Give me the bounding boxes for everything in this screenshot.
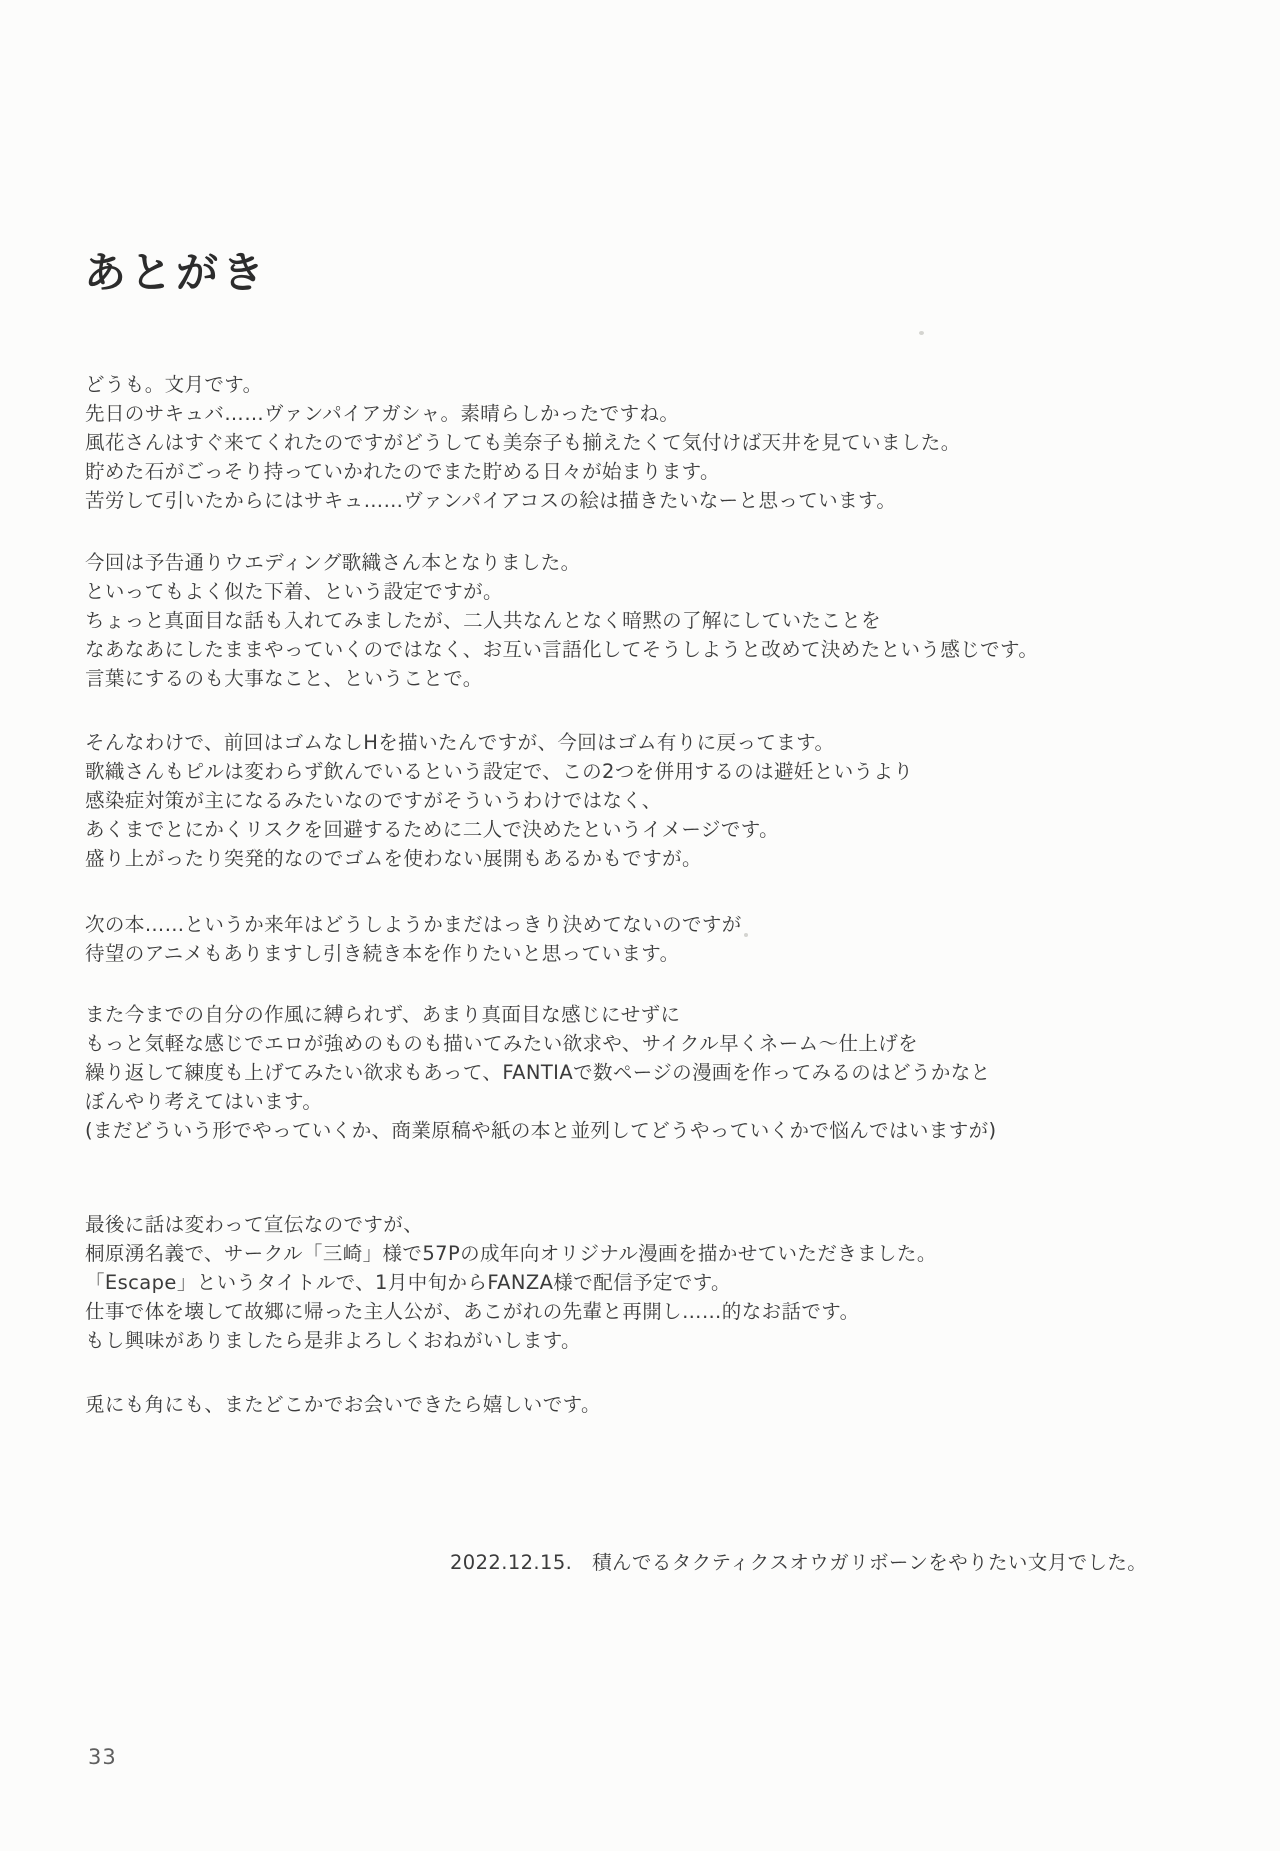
afterword-page: あとがき どうも。文月です。先日のサキュバ……ヴァンパイアガシャ。素晴らしかった… [0,0,1280,1851]
text-line: 次の本……というか来年はどうしようかまだはっきり決めてないのですが [85,910,1250,939]
paragraph-1: どうも。文月です。先日のサキュバ……ヴァンパイアガシャ。素晴らしかったですね。風… [85,370,1250,515]
text-line: 言葉にするのも大事なこと、ということで。 [85,664,1250,693]
paragraph-5: また今までの自分の作風に縛られず、あまり真面目な感じにせずにもっと気軽な感じでエ… [85,1000,1250,1145]
scan-speck [744,933,748,937]
signature-line: 2022.12.15. 積んでるタクティクスオウガリボーンをやりたい文月でした。 [450,1548,1147,1577]
text-line: 繰り返して練度も上げてみたい欲求もあって、FANTIAで数ページの漫画を作ってみ… [85,1058,1250,1087]
text-line: 桐原湧名義で、サークル「三崎」様で57Pの成年向オリジナル漫画を描かせていただき… [85,1239,1250,1268]
text-line: もし興味がありましたら是非よろしくおねがいします。 [85,1326,1250,1355]
text-line: 盛り上がったり突発的なのでゴムを使わない展開もあるかもですが。 [85,844,1250,873]
text-line: どうも。文月です。 [85,370,1250,399]
text-line: また今までの自分の作風に縛られず、あまり真面目な感じにせずに [85,1000,1250,1029]
text-line: もっと気軽な感じでエロが強めのものも描いてみたい欲求や、サイクル早くネーム～仕上… [85,1029,1250,1058]
text-line: といってもよく似た下着、という設定ですが。 [85,577,1250,606]
text-line: 今回は予告通りウエディング歌織さん本となりました。 [85,548,1250,577]
page-number: 33 [88,1745,117,1769]
text-line: 「Escape」というタイトルで、1月中旬からFANZA様で配信予定です。 [85,1268,1250,1297]
text-line: ぼんやり考えてはいます。 [85,1087,1250,1116]
text-line: 先日のサキュバ……ヴァンパイアガシャ。素晴らしかったですね。 [85,399,1250,428]
text-line: そんなわけで、前回はゴムなしHを描いたんですが、今回はゴム有りに戻ってます。 [85,728,1250,757]
text-line: 苦労して引いたからにはサキュ……ヴァンパイアコスの絵は描きたいなーと思っています… [85,486,1250,515]
text-line: 兎にも角にも、またどこかでお会いできたら嬉しいです。 [85,1390,1250,1419]
paragraph-7: 兎にも角にも、またどこかでお会いできたら嬉しいです。 [85,1390,1250,1419]
paragraph-6: 最後に話は変わって宣伝なのですが、桐原湧名義で、サークル「三崎」様で57Pの成年… [85,1210,1250,1355]
text-line: 感染症対策が主になるみたいなのですがそういうわけではなく、 [85,786,1250,815]
paragraph-2: 今回は予告通りウエディング歌織さん本となりました。といってもよく似た下着、という… [85,548,1250,693]
text-line: 最後に話は変わって宣伝なのですが、 [85,1210,1250,1239]
text-line: 仕事で体を壊して故郷に帰った主人公が、あこがれの先輩と再開し……的なお話です。 [85,1297,1250,1326]
paragraph-4: 次の本……というか来年はどうしようかまだはっきり決めてないのですが待望のアニメも… [85,910,1250,968]
text-line: 風花さんはすぐ来てくれたのですがどうしても美奈子も揃えたくて気付けば天井を見てい… [85,428,1250,457]
text-line: 貯めた石がごっそり持っていかれたのでまた貯める日々が始まります。 [85,457,1250,486]
scan-speck [919,331,924,335]
text-line: 待望のアニメもありますし引き続き本を作りたいと思っています。 [85,939,1250,968]
paragraph-3: そんなわけで、前回はゴムなしHを描いたんですが、今回はゴム有りに戻ってます。歌織… [85,728,1250,873]
text-line: ちょっと真面目な話も入れてみましたが、二人共なんとなく暗黙の了解にしていたことを [85,606,1250,635]
text-line: (まだどういう形でやっていくか、商業原稿や紙の本と並列してどうやっていくかで悩ん… [85,1116,1250,1145]
text-line: なあなあにしたままやっていくのではなく、お互い言語化してそうしようと改めて決めた… [85,635,1250,664]
text-line: 歌織さんもピルは変わらず飲んでいるという設定で、この2つを併用するのは避妊という… [85,757,1250,786]
text-line: あくまでとにかくリスクを回避するために二人で決めたというイメージです。 [85,815,1250,844]
